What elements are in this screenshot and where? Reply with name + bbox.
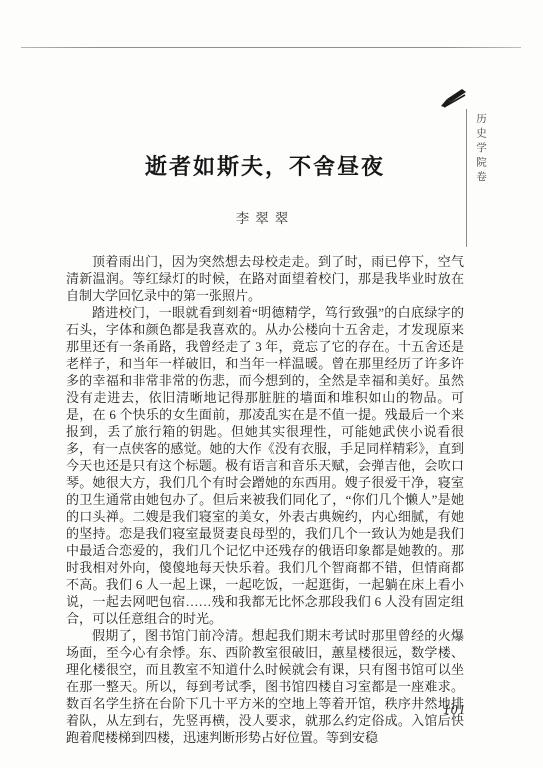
paragraph: 假期了，图书馆门前冷清。想起我们期末考试时那里曾经的火爆场面，至今心有余悸。东、… <box>66 627 464 746</box>
page-number: 101 <box>443 702 466 718</box>
article: 逝者如斯夫，不舍昼夜 李翠翠 顶着雨出门，因为突然想去母校走走。到了时，雨已停下… <box>66 153 464 746</box>
volume-label: 历史学院卷 <box>473 113 487 186</box>
pen-icon <box>438 87 468 109</box>
book-page: 历史学院卷 逝者如斯夫，不舍昼夜 李翠翠 顶着雨出门，因为突然想去母校走走。到了… <box>0 0 543 768</box>
paragraph: 顶着雨出门，因为突然想去母校走走。到了时，雨已停下，空气清新温润。等红绿灯的时候… <box>66 253 464 304</box>
article-body: 顶着雨出门，因为突然想去母校走走。到了时，雨已停下，空气清新温润。等红绿灯的时候… <box>66 253 464 746</box>
author-name: 李翠翠 <box>66 210 464 228</box>
margin-rule <box>466 109 467 247</box>
header-rule <box>21 47 521 48</box>
paragraph: 踏进校门，一眼就看到刻着“明德精学，笃行致强”的白底绿字的石头，字体和颜色都是我… <box>66 304 464 627</box>
page-title: 逝者如斯夫，不舍昼夜 <box>66 153 464 181</box>
